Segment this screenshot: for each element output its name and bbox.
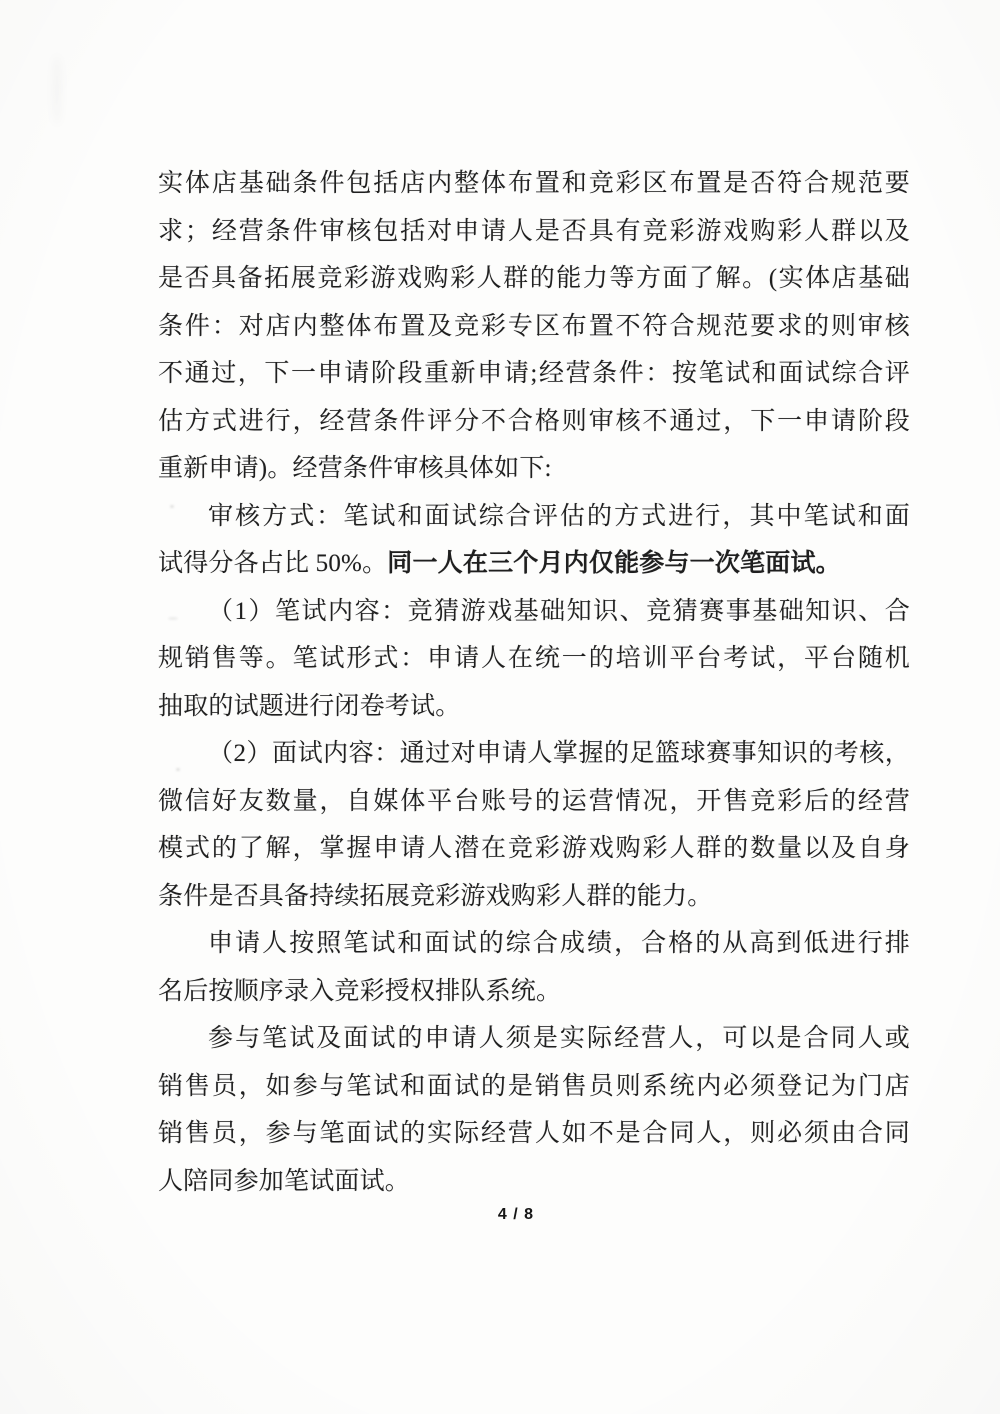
body-text: 求；经营条件审核包括对申请人是否具有竞彩游戏购彩人群以及 xyxy=(158,218,910,245)
document-text-block: 实体店基础条件包括店内整体布置和竞彩区布置是否符合规范要求；经营条件审核包括对申… xyxy=(158,160,910,1205)
text-line: 求；经营条件审核包括对申请人是否具有竞彩游戏购彩人群以及 xyxy=(158,208,910,256)
text-line: 条件：对店内整体布置及竞彩专区布置不符合规范要求的则审核 xyxy=(158,303,910,351)
body-text: 条件是否具备持续拓展竞彩游戏购彩人群的能力。 xyxy=(158,883,712,910)
paragraph-2: 审核方式：笔试和面试综合评估的方式进行，其中笔试和面试得分各占比 50%。同一人… xyxy=(158,493,910,588)
body-text: 人陪同参加笔试面试。 xyxy=(158,1168,410,1195)
text-line: 不通过，下一申请阶段重新申请;经营条件：按笔试和面试综合评 xyxy=(158,350,910,398)
paragraph-3: （1）笔试内容：竞猜游戏基础知识、竞猜赛事基础知识、合规销售等。笔试形式：申请人… xyxy=(158,588,910,731)
body-text: 不通过，下一申请阶段重新申请;经营条件：按笔试和面试综合评 xyxy=(158,360,910,387)
body-text: 微信好友数量，自媒体平台账号的运营情况，开售竞彩后的经营 xyxy=(158,788,910,815)
text-line: 申请人按照笔试和面试的综合成绩，合格的从高到低进行排 xyxy=(158,920,910,968)
text-line: 试得分各占比 50%。同一人在三个月内仅能参与一次笔面试。 xyxy=(158,540,910,588)
text-line: 名后按顺序录入竞彩授权排队系统。 xyxy=(158,968,910,1016)
text-line: 规销售等。笔试形式：申请人在统一的培训平台考试，平台随机 xyxy=(158,635,910,683)
body-text: 名后按顺序录入竞彩授权排队系统。 xyxy=(158,978,561,1005)
body-text: 是否具备拓展竞彩游戏购彩人群的能力等方面了解。(实体店基础 xyxy=(158,265,910,292)
body-text: （2）面试内容：通过对申请人掌握的足篮球赛事知识的考核， xyxy=(208,740,910,767)
body-text: 审核方式：笔试和面试综合评估的方式进行，其中笔试和面 xyxy=(208,503,910,530)
text-line: 重新申请)。经营条件审核具体如下: xyxy=(158,445,910,493)
page-number: 4 / 8 xyxy=(16,1206,1000,1224)
text-line: 微信好友数量，自媒体平台账号的运营情况，开售竞彩后的经营 xyxy=(158,778,910,826)
text-line: （1）笔试内容：竞猜游戏基础知识、竞猜赛事基础知识、合 xyxy=(158,588,910,636)
text-line: 是否具备拓展竞彩游戏购彩人群的能力等方面了解。(实体店基础 xyxy=(158,255,910,303)
paragraph-5: 申请人按照笔试和面试的综合成绩，合格的从高到低进行排名后按顺序录入竞彩授权排队系… xyxy=(158,920,910,1015)
text-line: 人陪同参加笔试面试。 xyxy=(158,1158,910,1206)
text-line: （2）面试内容：通过对申请人掌握的足篮球赛事知识的考核， xyxy=(158,730,910,778)
text-line: 销售员，参与笔面试的实际经营人如不是合同人，则必须由合同 xyxy=(158,1110,910,1158)
body-text: 规销售等。笔试形式：申请人在统一的培训平台考试，平台随机 xyxy=(158,645,910,672)
text-line: 参与笔试及面试的申请人须是实际经营人，可以是合同人或 xyxy=(158,1015,910,1063)
text-line: 抽取的试题进行闭卷考试。 xyxy=(158,683,910,731)
text-line: 模式的了解，掌握申请人潜在竞彩游戏购彩人群的数量以及自身 xyxy=(158,825,910,873)
body-text: 参与笔试及面试的申请人须是实际经营人，可以是合同人或 xyxy=(208,1025,910,1052)
body-text: 销售员，参与笔面试的实际经营人如不是合同人，则必须由合同 xyxy=(158,1120,910,1147)
paragraph-4: （2）面试内容：通过对申请人掌握的足篮球赛事知识的考核，微信好友数量，自媒体平台… xyxy=(158,730,910,920)
body-text: 抽取的试题进行闭卷考试。 xyxy=(158,693,460,720)
text-line: 条件是否具备持续拓展竞彩游戏购彩人群的能力。 xyxy=(158,873,910,921)
scanned-document-page: 实体店基础条件包括店内整体布置和竞彩区布置是否符合规范要求；经营条件审核包括对申… xyxy=(0,0,1000,1414)
text-line: 实体店基础条件包括店内整体布置和竞彩区布置是否符合规范要 xyxy=(158,160,910,208)
body-text: 申请人按照笔试和面试的综合成绩，合格的从高到低进行排 xyxy=(208,930,910,957)
text-line: 销售员，如参与笔试和面试的是销售员则系统内必须登记为门店 xyxy=(158,1063,910,1111)
body-text: 实体店基础条件包括店内整体布置和竞彩区布置是否符合规范要 xyxy=(158,170,910,197)
body-text: 估方式进行，经营条件评分不合格则审核不通过，下一申请阶段 xyxy=(158,408,910,435)
scan-smudge xyxy=(52,55,62,125)
body-text: 试得分各占比 50%。 xyxy=(158,550,387,577)
paragraph-1: 实体店基础条件包括店内整体布置和竞彩区布置是否符合规范要求；经营条件审核包括对申… xyxy=(158,160,910,493)
body-text: 重新申请)。经营条件审核具体如下: xyxy=(158,455,552,482)
body-text: （1）笔试内容：竞猜游戏基础知识、竞猜赛事基础知识、合 xyxy=(208,598,910,625)
emphasis-text: 同一人在三个月内仅能参与一次笔面试。 xyxy=(387,550,841,577)
body-text: 条件：对店内整体布置及竞彩专区布置不符合规范要求的则审核 xyxy=(158,313,910,340)
body-text: 销售员，如参与笔试和面试的是销售员则系统内必须登记为门店 xyxy=(158,1073,910,1100)
text-line: 审核方式：笔试和面试综合评估的方式进行，其中笔试和面 xyxy=(158,493,910,541)
text-line: 估方式进行，经营条件评分不合格则审核不通过，下一申请阶段 xyxy=(158,398,910,446)
body-text: 模式的了解，掌握申请人潜在竞彩游戏购彩人群的数量以及自身 xyxy=(158,835,910,862)
paragraph-6: 参与笔试及面试的申请人须是实际经营人，可以是合同人或销售员，如参与笔试和面试的是… xyxy=(158,1015,910,1205)
